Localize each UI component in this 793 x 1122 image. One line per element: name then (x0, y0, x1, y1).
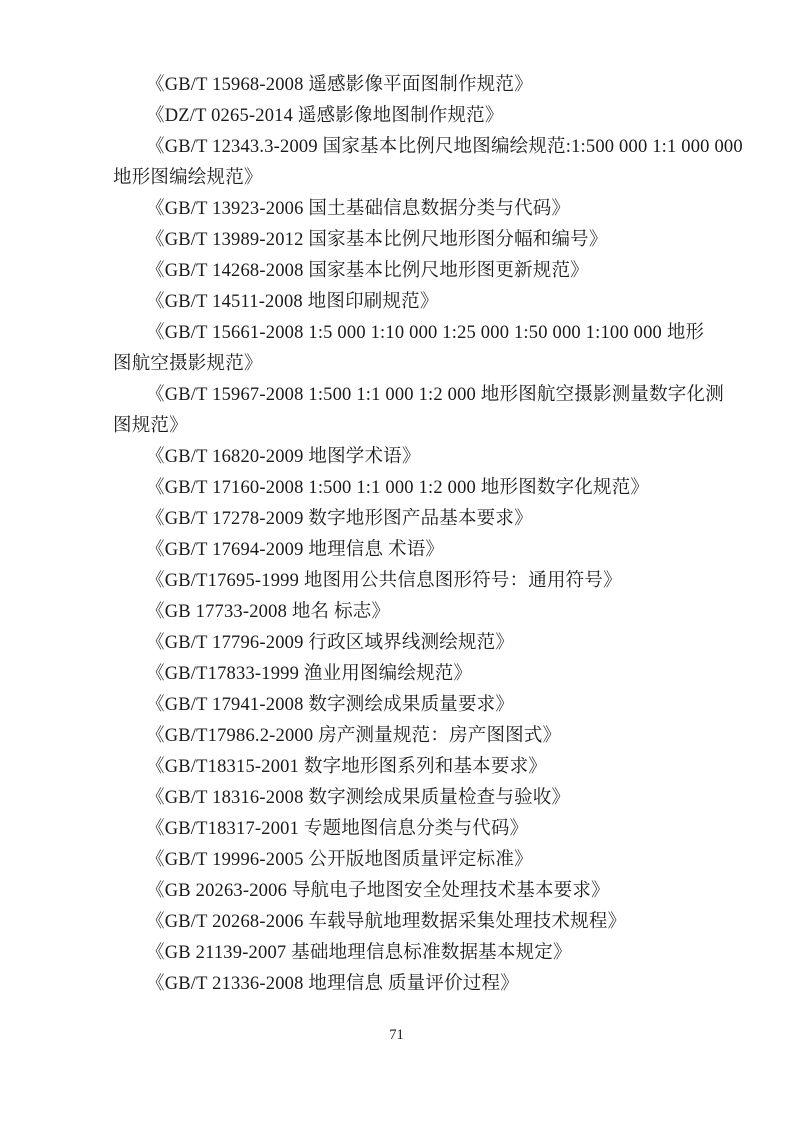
standard-line: 图航空摄影规范》 (113, 349, 691, 380)
standard-line: 地形图编绘规范》 (113, 163, 691, 194)
standard-line: 《GB/T 20268-2006 车载导航地理数据采集处理技术规程》 (113, 907, 691, 938)
standard-line: 《GB/T 15967-2008 1:500 1:1 000 1:2 000 地… (113, 380, 691, 411)
standard-line: 《GB/T 21336-2008 地理信息 质量评价过程》 (113, 969, 691, 1000)
standard-line: 《GB/T 17941-2008 数字测绘成果质量要求》 (113, 690, 691, 721)
standard-line: 《GB/T 17694-2009 地理信息 术语》 (113, 535, 691, 566)
standards-list: 《GB/T 15968-2008 遥感影像平面图制作规范》《DZ/T 0265-… (113, 70, 691, 1000)
standard-line: 《GB/T 18316-2008 数字测绘成果质量检查与验收》 (113, 783, 691, 814)
standard-line: 《GB/T 19996-2005 公开版地图质量评定标准》 (113, 845, 691, 876)
standard-line: 《GB/T 15661-2008 1:5 000 1:10 000 1:25 0… (113, 318, 691, 349)
standard-line: 《GB/T17986.2-2000 房产测量规范：房产图图式》 (113, 721, 691, 752)
standard-line: 《GB/T 14268-2008 国家基本比例尺地形图更新规范》 (113, 256, 691, 287)
standard-line: 《GB/T 17278-2009 数字地形图产品基本要求》 (113, 504, 691, 535)
standard-line: 《GB/T18317-2001 专题地图信息分类与代码》 (113, 814, 691, 845)
standard-line: 《GB 17733-2008 地名 标志》 (113, 597, 691, 628)
standard-line: 《GB/T 13989-2012 国家基本比例尺地形图分幅和编号》 (113, 225, 691, 256)
standard-line: 《GB/T 17796-2009 行政区域界线测绘规范》 (113, 628, 691, 659)
standard-line: 《GB/T 17160-2008 1:500 1:1 000 1:2 000 地… (113, 473, 691, 504)
page-number: 71 (0, 1026, 793, 1044)
standard-line: 《GB/T17833-1999 渔业用图编绘规范》 (113, 659, 691, 690)
document-page: 《GB/T 15968-2008 遥感影像平面图制作规范》《DZ/T 0265-… (0, 0, 793, 1122)
standard-line: 《GB/T 12343.3-2009 国家基本比例尺地图编绘规范:1:500 0… (113, 132, 691, 163)
standard-line: 图规范》 (113, 411, 691, 442)
standard-line: 《GB/T 13923-2006 国土基础信息数据分类与代码》 (113, 194, 691, 225)
standard-line: 《GB 20263-2006 导航电子地图安全处理技术基本要求》 (113, 876, 691, 907)
standard-line: 《GB/T 16820-2009 地图学术语》 (113, 442, 691, 473)
standard-line: 《GB/T 15968-2008 遥感影像平面图制作规范》 (113, 70, 691, 101)
standard-line: 《GB/T18315-2001 数字地形图系列和基本要求》 (113, 752, 691, 783)
standard-line: 《GB 21139-2007 基础地理信息标准数据基本规定》 (113, 938, 691, 969)
standard-line: 《DZ/T 0265-2014 遥感影像地图制作规范》 (113, 101, 691, 132)
standard-line: 《GB/T17695-1999 地图用公共信息图形符号：通用符号》 (113, 566, 691, 597)
standard-line: 《GB/T 14511-2008 地图印刷规范》 (113, 287, 691, 318)
